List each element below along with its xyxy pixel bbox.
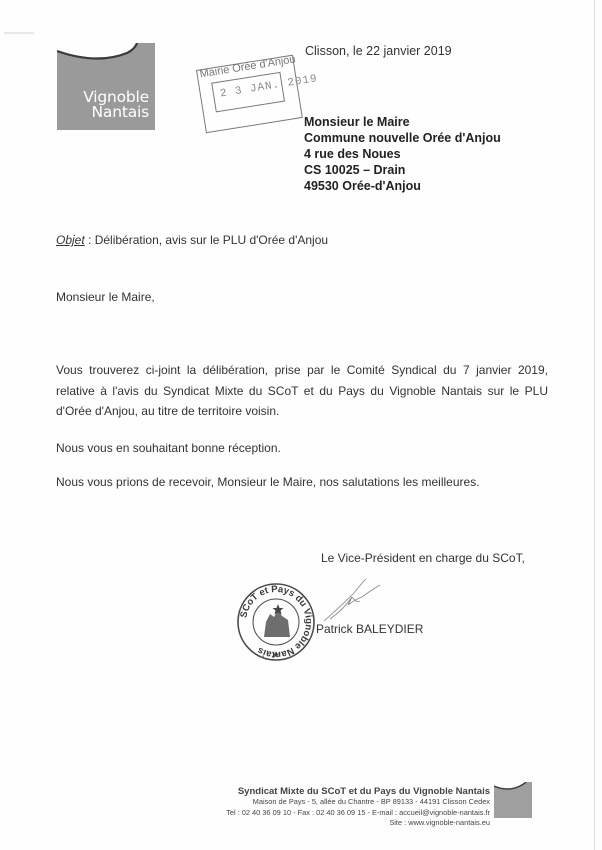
handwritten-signature-icon	[322, 575, 382, 625]
scan-artifact	[4, 32, 34, 34]
recipient-address: Monsieur le Maire Commune nouvelle Orée …	[304, 114, 501, 194]
footer-contact: Syndicat Mixte du SCoT et du Pays du Vig…	[226, 786, 490, 829]
recipient-line: Monsieur le Maire	[304, 114, 501, 130]
subject-line: Objet : Délibération, avis sur le PLU d'…	[56, 233, 328, 247]
footer-org-name: Syndicat Mixte du SCoT et du Pays du Vig…	[226, 786, 490, 797]
recipient-line: Commune nouvelle Orée d'Anjou	[304, 130, 501, 146]
subject-text: Délibération, avis sur le PLU d'Orée d'A…	[95, 233, 328, 247]
subject-label: Objet	[56, 233, 85, 247]
page-edge-line	[594, 0, 595, 850]
vignoble-nantais-logo: Vignoble Nantais	[57, 43, 155, 130]
footer-website: Site : www.vignoble-nantais.eu	[226, 818, 490, 829]
body-paragraph: Vous trouverez ci-joint la délibération,…	[56, 360, 548, 422]
stamp-date-box: 2 3 JAN. 2019	[211, 72, 285, 113]
signer-title: Le Vice-Président en charge du SCoT,	[321, 551, 525, 565]
footer-logo-icon	[494, 782, 532, 818]
stamp-date: 2 3 JAN. 2019	[219, 73, 318, 100]
recipient-line: CS 10025 – Drain	[304, 162, 501, 178]
body-paragraph: Nous vous en souhaitant bonne réception.	[56, 438, 548, 459]
received-stamp: Mairie Orée d'Anjou 2 3 JAN. 2019	[196, 55, 303, 134]
footer-address: Maison de Pays - 5, allée du Chantre - B…	[226, 797, 490, 808]
footer-contact-line: Tel : 02 40 36 09 10 - Fax : 02 40 36 09…	[226, 808, 490, 819]
recipient-line: 4 rue des Noues	[304, 146, 501, 162]
logo-line-2: Nantais	[83, 105, 149, 120]
salutation: Monsieur le Maire,	[56, 290, 155, 304]
official-seal-icon: SCoT et Pays du Vignoble Nantais	[236, 582, 316, 662]
body-paragraph: Nous vous prions de recevoir, Monsieur l…	[56, 472, 548, 493]
letter-page: Vignoble Nantais Clisson, le 22 janvier …	[0, 0, 602, 850]
subject-separator: :	[85, 233, 95, 247]
signer-name: Patrick BALEYDIER	[316, 622, 423, 636]
logo-text: Vignoble Nantais	[83, 90, 149, 120]
letter-date: Clisson, le 22 janvier 2019	[305, 44, 452, 58]
recipient-line: 49530 Orée-d'Anjou	[304, 178, 501, 194]
